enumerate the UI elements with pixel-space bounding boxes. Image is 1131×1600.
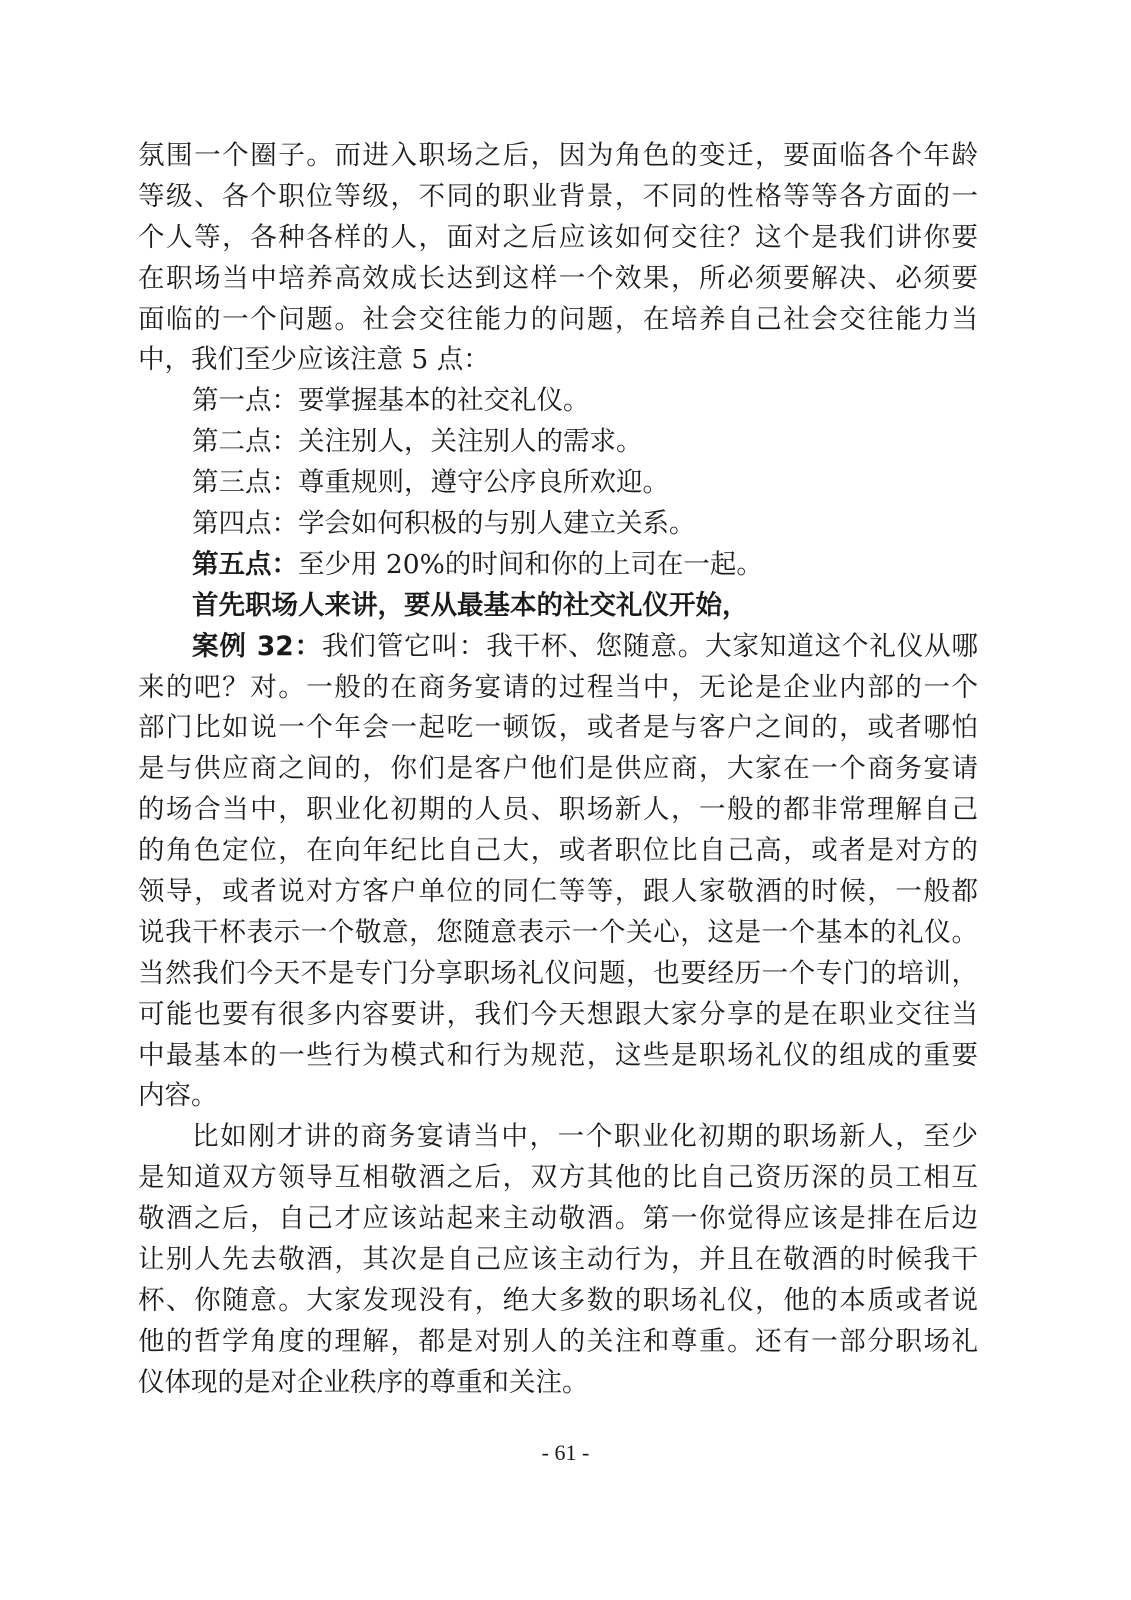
text-line: 部门比如说一个年会一起吃一顿饭，或者是与客户之间的，或者哪怕 [138, 708, 978, 749]
point-text: 至少用 20%的时间和你的上司在一起。 [298, 549, 763, 580]
point-label: 第三点： [192, 467, 298, 498]
text-line: 中最基本的一些行为模式和行为规范，这些是职场礼仪的组成的重要 [138, 1036, 978, 1077]
text-line: 氛围一个圈子。而进入职场之后，因为角色的变迁，要面临各个年龄 [138, 136, 978, 177]
case-text: 我们管它叫：我干杯、您随意。大家知道这个礼仪从哪 [322, 631, 978, 662]
text-line: 的场合当中，职业化初期的人员、职场新人，一般的都非常理解自己 [138, 790, 978, 831]
text-line: 可能也要有很多内容要讲，我们今天想跟大家分享的是在职业交往当 [138, 995, 978, 1036]
point-label: 第一点： [192, 385, 298, 416]
text-line: 说我干杯表示一个敬意，您随意表示一个关心，这是一个基本的礼仪。 [138, 913, 978, 954]
body-text: 氛围一个圈子。而进入职场之后，因为角色的变迁，要面临各个年龄 等级、各个职位等级… [138, 136, 978, 1404]
text-line: 是与供应商之间的，你们是客户他们是供应商，大家在一个商务宴请 [138, 749, 978, 790]
point-text: 要掌握基本的社交礼仪。 [298, 385, 590, 416]
point-item-5: 第五点：至少用 20%的时间和你的上司在一起。 [138, 545, 978, 586]
point-item-2: 第二点：关注别人，关注别人的需求。 [138, 422, 978, 463]
case-paragraph: 案例 32：我们管它叫：我干杯、您随意。大家知道这个礼仪从哪 来的吧？对。一般的… [138, 627, 978, 1118]
paragraph-example: 比如刚才讲的商务宴请当中，一个职业化初期的职场新人，至少 是知道双方领导互相敬酒… [138, 1117, 978, 1403]
text-line: 让别人先去敬酒，其次是自己应该主动行为，并且在敬酒的时候我干 [138, 1240, 978, 1281]
point-item-3: 第三点：尊重规则，遵守公序良所欢迎。 [138, 463, 978, 504]
point-text: 学会如何积极的与别人建立关系。 [298, 508, 696, 539]
text-line: 来的吧？对。一般的在商务宴请的过程当中，无论是企业内部的一个 [138, 668, 978, 709]
point-item-4: 第四点：学会如何积极的与别人建立关系。 [138, 504, 978, 545]
text-line: 的角色定位，在向年纪比自己大，或者职位比自己高，或者是对方的 [138, 831, 978, 872]
text-line: 仪体现的是对企业秩序的尊重和关注。 [138, 1363, 978, 1404]
point-item-1: 第一点：要掌握基本的社交礼仪。 [138, 381, 978, 422]
text-line: 面临的一个问题。社会交往能力的问题，在培养自己社会交往能力当 [138, 300, 978, 341]
point-label: 第四点： [192, 508, 298, 539]
point-label-bold: 第五点： [192, 549, 298, 580]
paragraph-intro: 氛围一个圈子。而进入职场之后，因为角色的变迁，要面临各个年龄 等级、各个职位等级… [138, 136, 978, 381]
case-first-line: 案例 32：我们管它叫：我干杯、您随意。大家知道这个礼仪从哪 [138, 627, 978, 668]
text-line: 中，我们至少应该注意 5 点： [138, 340, 978, 381]
point-text: 关注别人，关注别人的需求。 [298, 426, 643, 457]
section-heading: 首先职场人来讲，要从最基本的社交礼仪开始， [138, 586, 978, 627]
point-label: 第二点： [192, 426, 298, 457]
text-line: 敬酒之后，自己才应该站起来主动敬酒。第一你觉得应该是排在后边 [138, 1199, 978, 1240]
text-line: 在职场当中培养高效成长达到这样一个效果，所必须要解决、必须要 [138, 259, 978, 300]
text-line: 他的哲学角度的理解，都是对别人的关注和尊重。还有一部分职场礼 [138, 1322, 978, 1363]
text-line: 领导，或者说对方客户单位的同仁等等，跟人家敬酒的时候，一般都 [138, 872, 978, 913]
page-number: - 61 - [0, 1440, 1131, 1466]
text-line: 个人等，各种各样的人，面对之后应该如何交往？这个是我们讲你要 [138, 218, 978, 259]
text-line: 内容。 [138, 1076, 978, 1117]
points-list: 第一点：要掌握基本的社交礼仪。 第二点：关注别人，关注别人的需求。 第三点：尊重… [138, 381, 978, 585]
text-line: 是知道双方领导互相敬酒之后，双方其他的比自己资历深的员工相互 [138, 1158, 978, 1199]
point-text: 尊重规则，遵守公序良所欢迎。 [298, 467, 669, 498]
text-line: 等级、各个职位等级，不同的职业背景，不同的性格等等各方面的一 [138, 177, 978, 218]
case-label: 案例 32： [192, 631, 322, 662]
document-page: 氛围一个圈子。而进入职场之后，因为角色的变迁，要面临各个年龄 等级、各个职位等级… [0, 0, 1131, 1600]
text-line: 杯、你随意。大家发现没有，绝大多数的职场礼仪，他的本质或者说 [138, 1281, 978, 1322]
text-line: 比如刚才讲的商务宴请当中，一个职业化初期的职场新人，至少 [138, 1117, 978, 1158]
text-line: 当然我们今天不是专门分享职场礼仪问题，也要经历一个专门的培训， [138, 954, 978, 995]
